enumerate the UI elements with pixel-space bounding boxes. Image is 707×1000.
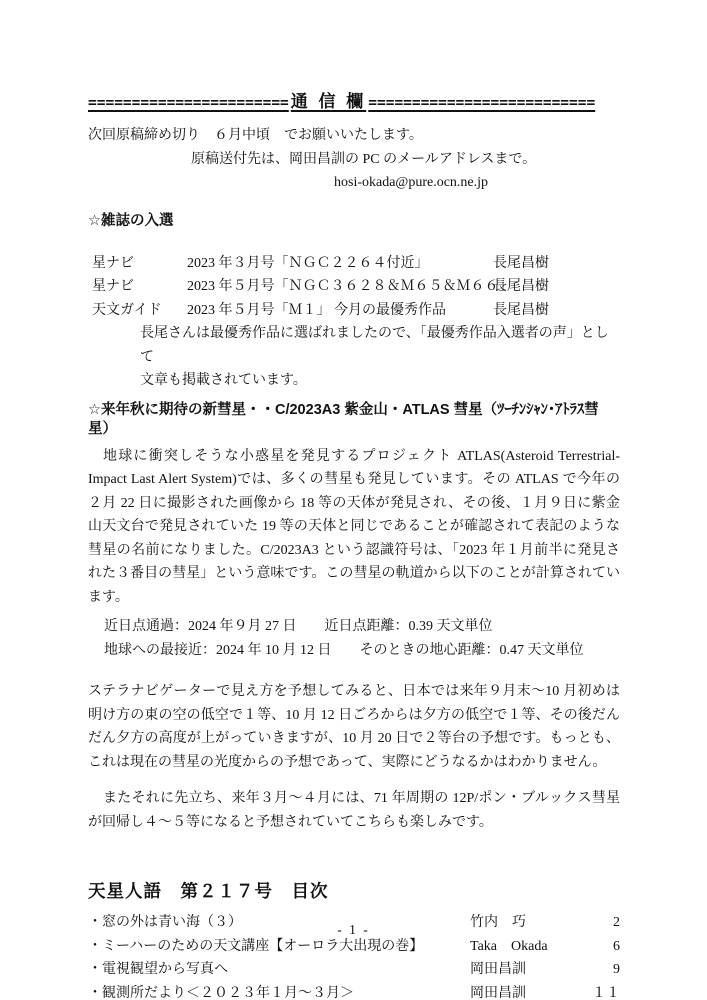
magazine-entry-row: 天文ガイド 2023 年５月号「Ｍ１」 今月の最優秀作品 長尾昌樹 (88, 299, 620, 323)
selection-note-line2: 文章も掲載されています。 (88, 369, 620, 393)
toc-item-row: ・観測所だより＜２０２３年１月～３月＞ 岡田昌訓 １１ (88, 982, 620, 1000)
toc-item-author: Taka Okada (470, 935, 580, 959)
magazine-name: 天文ガイド (92, 299, 187, 323)
magazine-entry-row: 星ナビ 2023 年３月号「ＮＧＣ２２６４付近」 長尾昌樹 (88, 252, 620, 276)
masthead-title: 通 信 欄 (289, 92, 368, 111)
toc-item-title: ・電視観望から写真へ (88, 958, 470, 982)
comet-paragraph-discovery: 地球に衝突しそうな小惑星を発見するプロジェクト ATLAS(Asteroid T… (88, 445, 620, 610)
toc-item-title: ・ミーハーのための天文講座【オーロラ大出現の巻】 (88, 935, 470, 959)
issue-title: 2023 年５月号「ＮＧＣ３６２８＆Ｍ６５＆Ｍ６６」 (187, 275, 493, 299)
magazine-entry-row: 星ナビ 2023 年５月号「ＮＧＣ３６２８＆Ｍ６５＆Ｍ６６」 長尾昌樹 (88, 275, 620, 299)
comet-paragraph-visibility: ステラナビゲーターで見え方を予想してみると、日本では来年９月末～10 月初めは明… (88, 680, 620, 774)
toc-item-row: ・電視観望から写真へ 岡田昌訓 9 (88, 958, 620, 982)
issue-title: 2023 年３月号「ＮＧＣ２２６４付近」 (187, 252, 493, 276)
toc-item-row: ・ミーハーのための天文講座【オーロラ大出現の巻】 Taka Okada 6 (88, 935, 620, 959)
author-name: 長尾昌樹 (493, 299, 620, 323)
toc-item-page: １１ (580, 982, 620, 1000)
toc-heading: 天星人語 第２１７号 目次 (88, 880, 620, 903)
deadline-notice: 次回原稿締め切り ６月中頃 でお願いいたします。 原稿送付先は、岡田昌訓の PC… (88, 124, 620, 195)
comet-section-heading: ☆来年秋に期待の新彗星・・C/2023A3 紫金山・ATLAS 彗星（ﾂｰﾁﾝｼ… (88, 401, 620, 439)
toc-item-page: 9 (580, 958, 620, 982)
author-name: 長尾昌樹 (493, 275, 620, 299)
comet-paragraph-pons-brooks: またそれに先立ち、来年３月～４月には、71 年周期の 12P/ポン・ブルックス彗… (88, 787, 620, 834)
masthead-rule-right: ========================== (368, 95, 595, 111)
masthead: =======================通 信 欄============… (88, 93, 620, 113)
toc-item-page: 6 (580, 935, 620, 959)
author-name: 長尾昌樹 (493, 252, 620, 276)
page-content: =======================通 信 欄============… (88, 93, 620, 1000)
perihelion-line: 近日点通過：2024 年９月 27 日 近日点距離：0.39 天文単位 (104, 615, 620, 639)
closest-approach-line: 地球への最接近：2024 年 10 月 12 日 そのときの地心距離：0.47 … (104, 639, 620, 663)
deadline-line: 次回原稿締め切り ６月中頃 でお願いいたします。 (88, 124, 620, 148)
selection-note-line1: 長尾さんは最優秀作品に選ばれましたので、「最優秀作品入選者の声」として (88, 322, 620, 369)
submission-line: 原稿送付先は、岡田昌訓の PC のメールアドレスまで。 (88, 148, 620, 172)
issue-title: 2023 年５月号「Ｍ１」 今月の最優秀作品 (187, 299, 493, 323)
toc-item-title: ・観測所だより＜２０２３年１月～３月＞ (88, 982, 470, 1000)
toc-item-author: 岡田昌訓 (470, 982, 580, 1000)
orbit-data: 近日点通過：2024 年９月 27 日 近日点距離：0.39 天文単位 地球への… (88, 615, 620, 662)
magazine-name: 星ナビ (92, 252, 187, 276)
toc-item-author: 岡田昌訓 (470, 958, 580, 982)
masthead-rule-left: ======================= (88, 95, 289, 111)
document-page: =======================通 信 欄============… (0, 0, 707, 1000)
page-number: - 1 - (0, 922, 707, 938)
magazine-name: 星ナビ (92, 275, 187, 299)
magazine-entries: 星ナビ 2023 年３月号「ＮＧＣ２２６４付近」 長尾昌樹 星ナビ 2023 年… (88, 252, 620, 393)
email-address: hosi-okada@pure.ocn.ne.jp (88, 171, 620, 195)
magazine-section-heading: ☆雑誌の入選 (88, 212, 620, 231)
